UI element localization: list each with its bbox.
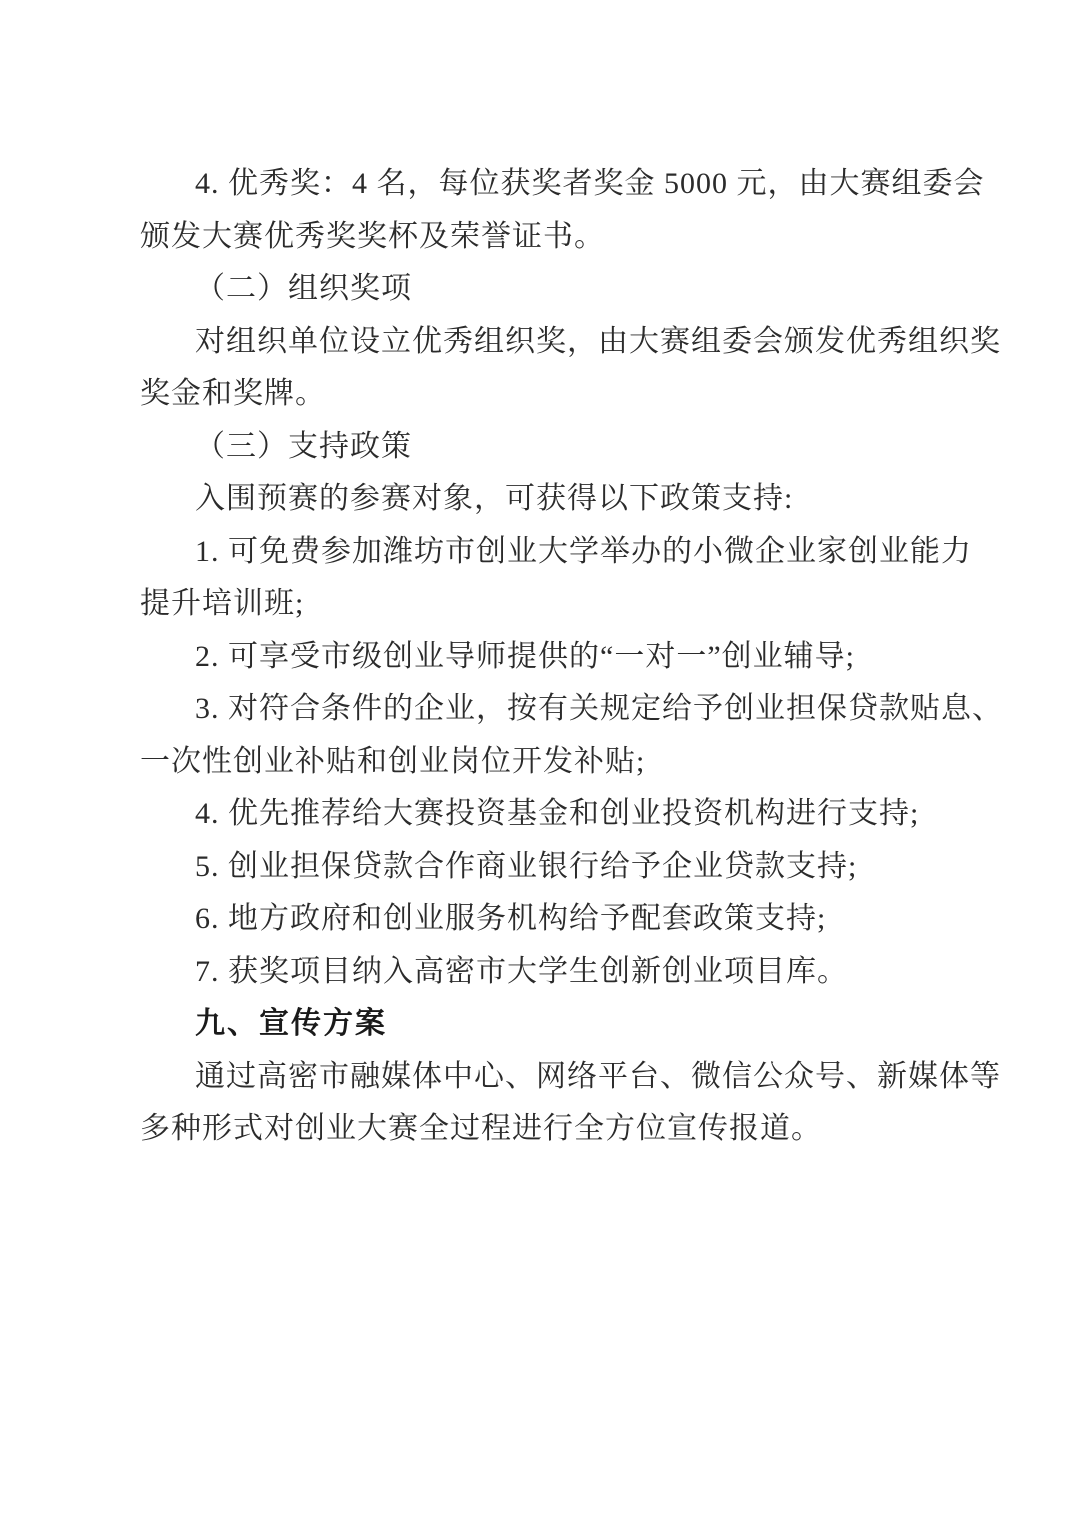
line-policy-6: 6. 地方政府和创业服务机构给予配套政策支持; — [140, 893, 952, 946]
line-excellence-award-2: 颁发大赛优秀奖奖杯及荣誉证书。 — [140, 211, 952, 264]
line-publicity-1: 通过高密市融媒体中心、网络平台、微信公众号、新媒体等 — [140, 1051, 952, 1104]
line-policy-2: 2. 可享受市级创业导师提供的“一对一”创业辅导; — [140, 631, 952, 684]
line-publicity-2: 多种形式对创业大赛全过程进行全方位宣传报道。 — [140, 1103, 952, 1156]
heading-support-policies: （三）支持政策 — [140, 421, 952, 474]
document-body: 4. 优秀奖：4 名，每位获奖者奖金 5000 元，由大赛组委会 颁发大赛优秀奖… — [140, 158, 952, 1156]
document-page: 4. 优秀奖：4 名，每位获奖者奖金 5000 元，由大赛组委会 颁发大赛优秀奖… — [0, 0, 1080, 1527]
line-policy-intro: 入围预赛的参赛对象，可获得以下政策支持: — [140, 473, 952, 526]
heading-organization-awards: （二）组织奖项 — [140, 263, 952, 316]
line-policy-1b: 提升培训班; — [140, 578, 952, 631]
line-policy-4: 4. 优先推荐给大赛投资基金和创业投资机构进行支持; — [140, 788, 952, 841]
line-excellence-award-1: 4. 优秀奖：4 名，每位获奖者奖金 5000 元，由大赛组委会 — [140, 158, 952, 211]
heading-publicity-plan: 九、宣传方案 — [140, 998, 952, 1051]
line-policy-3b: 一次性创业补贴和创业岗位开发补贴; — [140, 736, 952, 789]
line-policy-7: 7. 获奖项目纳入高密市大学生创新创业项目库。 — [140, 946, 952, 999]
line-organization-award-1: 对组织单位设立优秀组织奖，由大赛组委会颁发优秀组织奖 — [140, 316, 952, 369]
line-policy-5: 5. 创业担保贷款合作商业银行给予企业贷款支持; — [140, 841, 952, 894]
line-organization-award-2: 奖金和奖牌。 — [140, 368, 952, 421]
line-policy-1a: 1. 可免费参加潍坊市创业大学举办的小微企业家创业能力 — [140, 526, 952, 579]
line-policy-3a: 3. 对符合条件的企业，按有关规定给予创业担保贷款贴息、 — [140, 683, 952, 736]
